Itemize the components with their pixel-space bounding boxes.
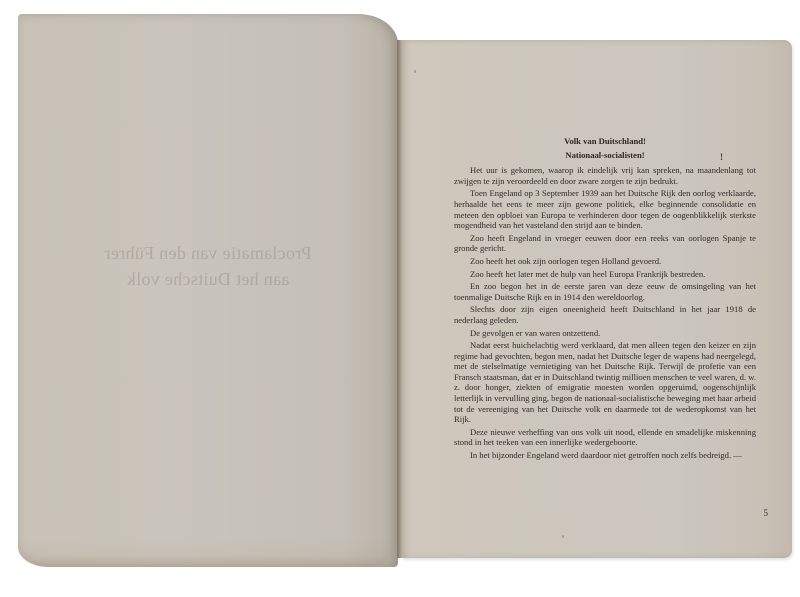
bleed-line: Proclamatie van den Führer (18, 240, 398, 266)
right-page: ! Volk van Duitschland! Nationaal-social… (402, 40, 792, 558)
paragraph: Zoo heeft het later met de hulp van heel… (454, 269, 756, 280)
paragraph: Toen Engeland op 3 September 1939 aan he… (454, 188, 756, 230)
paragraph: En zoo begon het in de eerste jaren van … (454, 281, 756, 302)
page-number: 5 (764, 508, 769, 518)
paragraph: Zoo heeft Engeland in vroeger eeuwen doo… (454, 233, 756, 254)
open-booklet: Proclamatie van den Führer aan het Duits… (0, 0, 800, 597)
heading-volk: Volk van Duitschland! (454, 136, 756, 147)
paper-spot (414, 70, 416, 73)
paragraph: Deze nieuwe verheffing van ons volk uit … (454, 427, 756, 448)
paper-spot (562, 535, 564, 538)
paragraph: Nadat eerst huichelachtig werd verklaard… (454, 340, 756, 425)
paragraph: De gevolgen er van waren ontzettend. (454, 328, 756, 339)
paragraph: Zoo heeft het ook zijn oorlogen tegen Ho… (454, 256, 756, 267)
bleed-through-title: Proclamatie van den Führer aan het Duits… (18, 240, 398, 292)
page-text: Volk van Duitschland! Nationaal-socialis… (454, 136, 756, 463)
paragraph: Het uur is gekomen, waarop ik eindelijk … (454, 165, 756, 186)
paragraph: In het bijzonder Engeland werd daardoor … (454, 450, 756, 461)
bleed-line: aan het Duitsche volk (18, 266, 398, 292)
paragraph: Slechts door zijn eigen oneenigheid heef… (454, 304, 756, 325)
left-page: Proclamatie van den Führer aan het Duits… (18, 14, 398, 567)
heading-nationaal-socialisten: Nationaal-socialisten! (454, 150, 756, 161)
